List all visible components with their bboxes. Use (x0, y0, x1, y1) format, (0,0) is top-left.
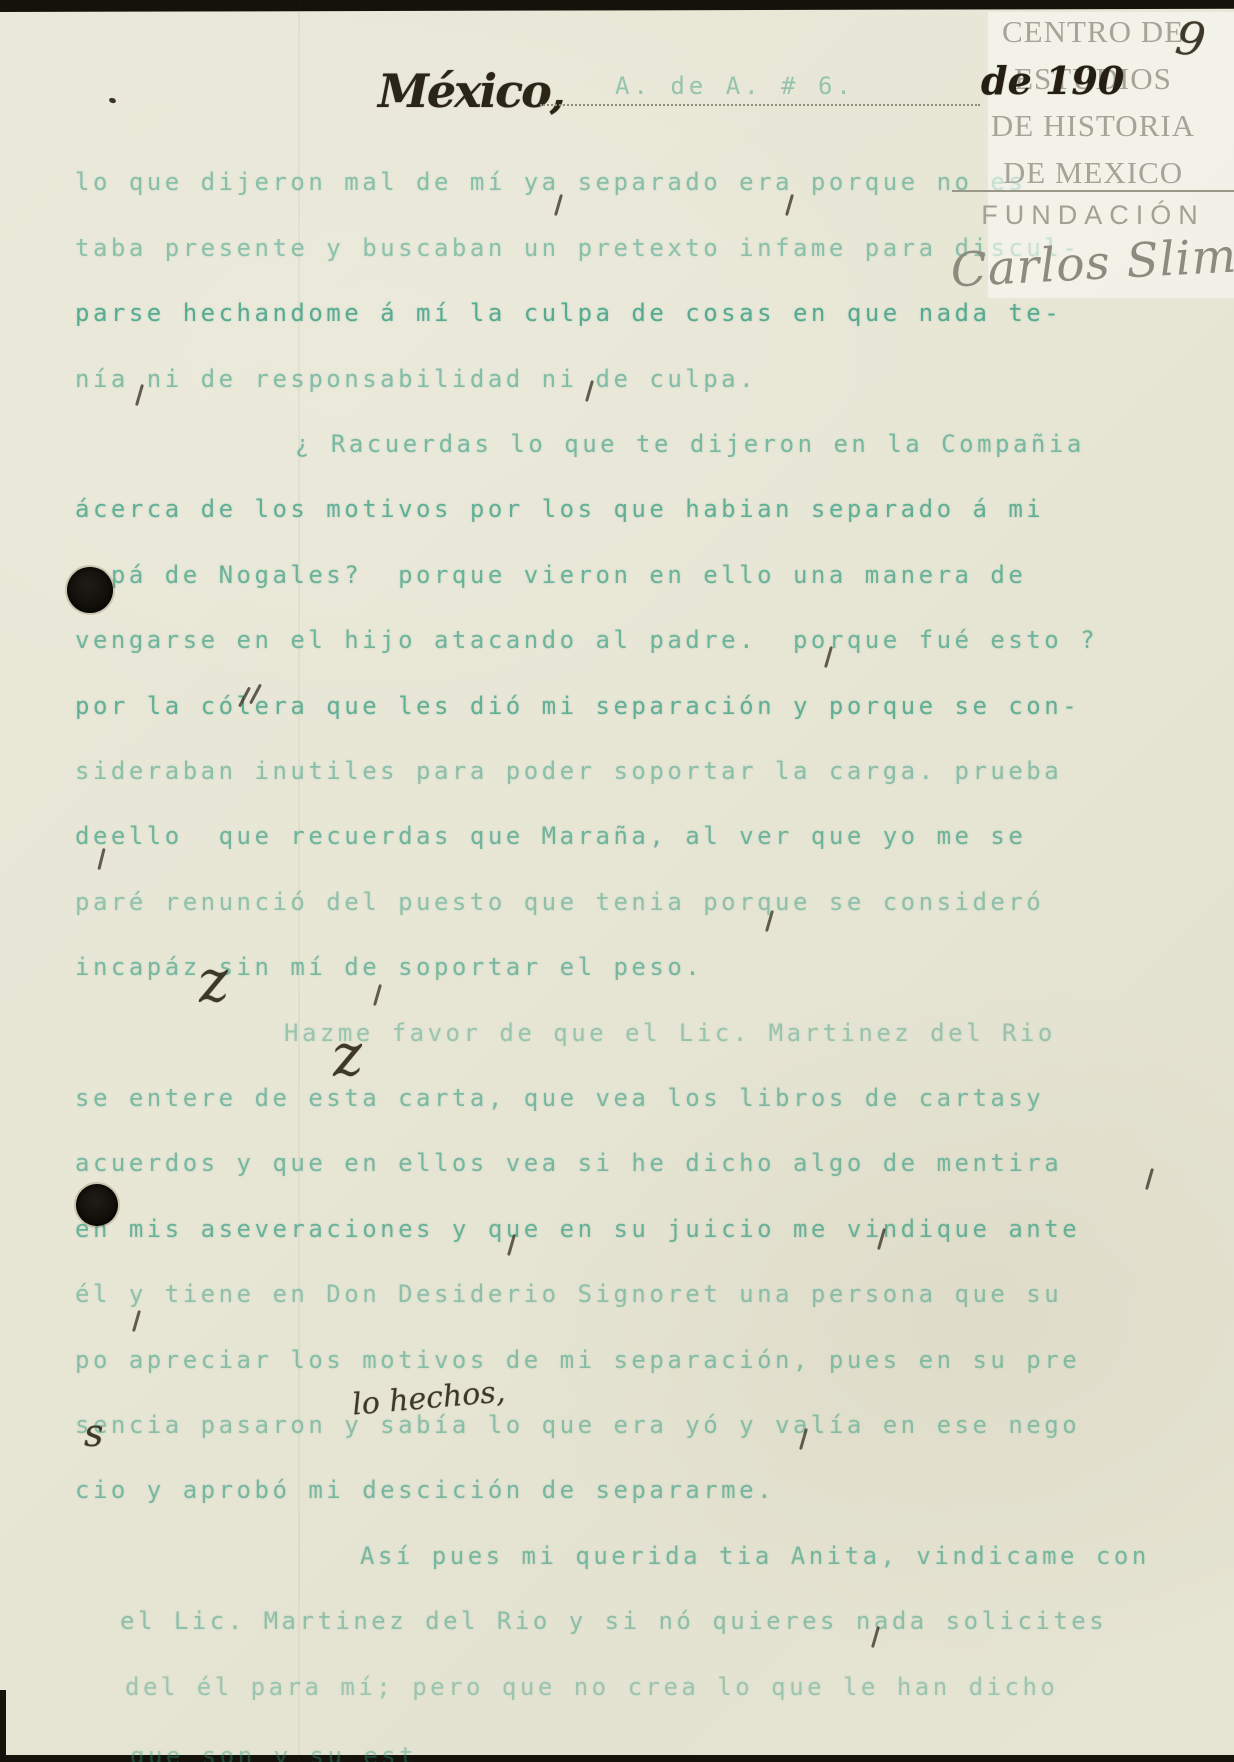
printed-city-label: México, (378, 64, 564, 118)
typed-text-line: el Lic. Martinez del Rio y si nó quieres… (120, 1607, 1107, 1635)
typed-text-line: del él para mí; pero que no crea lo que … (125, 1673, 1058, 1701)
typed-text-line: lo que dijeron mal de mí ya separado era… (75, 168, 1026, 196)
typed-text-line: en mis aseveraciones y que en su juicio … (75, 1215, 1080, 1243)
handwritten-note: z (330, 1025, 365, 1085)
typed-text-line: por la cólera que les dió mi separación … (75, 692, 1080, 720)
ink-comma-mark (97, 848, 105, 870)
ink-comma-mark (1145, 1168, 1154, 1190)
ink-comma-mark (554, 194, 563, 216)
printed-year-prefix: de 190 (981, 58, 1124, 103)
scan-edge-left (0, 1690, 6, 1762)
watermark-line: DE HISTORIA (948, 102, 1234, 149)
typed-text-line: po apreciar los motivos de mi separación… (75, 1346, 1080, 1374)
ink-speck (108, 97, 116, 104)
typed-text-line: Así pues mi querida tia Anita, vindicame… (360, 1542, 1150, 1570)
typed-text-line: se entere de esta carta, que vea los lib… (75, 1084, 1044, 1112)
typed-text-line: cio y aprobó mi descición de separarme. (75, 1476, 775, 1504)
typed-text-line: papá de Nogales? porque vieron en ello u… (75, 561, 1026, 589)
scanned-letter-page: México, A. de A. # 6. de 190 lo que dije… (0, 0, 1234, 1762)
typed-text-line: acuerdos y que en ellos vea si he dicho … (75, 1149, 1062, 1177)
typed-text-line: ¿ Racuerdas lo que te dijeron en la Comp… (295, 430, 1085, 458)
typed-text-line: taba presente y buscaban un pretexto inf… (75, 234, 1080, 262)
ink-comma-mark (373, 984, 382, 1006)
ink-comma-mark (785, 194, 794, 216)
ink-comma-mark (132, 1310, 141, 1332)
typed-text-line: incapáz sin mí de soportar el peso. (75, 953, 703, 981)
typed-text-line: vengarse en el hijo atacando al padre. p… (75, 626, 1098, 654)
punch-hole (67, 567, 113, 613)
handwritten-note: s (84, 1414, 104, 1452)
watermark-rule (952, 190, 1234, 192)
handwritten-note: z (196, 951, 231, 1011)
typed-text-line: paré renunció del puesto que tenia porqu… (75, 888, 1044, 916)
typed-reference: A. de A. # 6. (615, 72, 855, 100)
typed-text-line: él y tiene en Don Desiderio Signoret una… (75, 1280, 1062, 1308)
watermark-foundation-label: FUNDACIÓN (948, 200, 1234, 231)
watermark-line: DE MEXICO (948, 149, 1234, 196)
typed-text-line: ácerca de los motivos por los que habian… (75, 495, 1044, 523)
typed-text-line: sideraban inutiles para poder soportar l… (75, 757, 1062, 785)
typed-text-line: sencia pasaron y sabía lo que era yó y v… (75, 1411, 1080, 1439)
typed-text-line: Hazme favor de que el Lic. Martinez del … (284, 1019, 1056, 1047)
typed-text-line: deello que recuerdas que Maraña, al ver … (75, 822, 1026, 850)
typed-text-line: parse hechandome á mí la culpa de cosas … (75, 299, 1062, 327)
punch-hole (76, 1184, 118, 1226)
typed-text-line: que son y su est (130, 1742, 417, 1762)
typed-text-line: nía ni de responsabilidad ni de culpa. (75, 365, 757, 393)
